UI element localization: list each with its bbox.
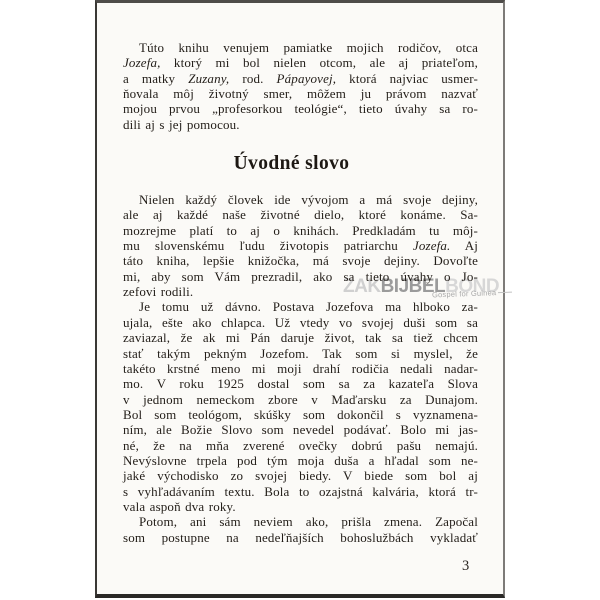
text-line: zaviazal, že ak mi Pán daruje život, tak… — [123, 330, 478, 345]
text-line: ňovala môj životný smer, môžem ju právom… — [123, 86, 478, 101]
text-line: stať takým pekným Jozefom. Tak som si my… — [123, 346, 478, 361]
paragraph: Nielen každý človek ide vývojom a má svo… — [123, 192, 478, 299]
text-line: takéto krstné meno mi moji drahí rodičia… — [123, 361, 478, 376]
text-line: som postupne na nedeľňajších bohoslužbác… — [123, 530, 478, 545]
text-line: né, že na mňa zverené ovečky dobrú pašu … — [123, 438, 478, 453]
body-block: Nielen každý človek ide vývojom a má svo… — [123, 192, 478, 545]
text-line: mo. V roku 1925 dostal som sa za kazateľ… — [123, 376, 478, 391]
text-line: mu slovenskému ľudu životopis patriarchu… — [123, 238, 478, 253]
text-line: zefovi rodili. — [123, 284, 478, 299]
text-line: ujala, ešte ako chlapca. Už vtedy vo svo… — [123, 315, 478, 330]
text-line: Bol som teológom, skúšky som dokončil s … — [123, 407, 478, 422]
text-line: dili aj s jej pomocou. — [123, 117, 478, 132]
page-number: 3 — [462, 558, 469, 575]
paragraph: Túto knihu venujem pamiatke mojich rodič… — [123, 40, 478, 132]
text-line: Jozefa, ktorý mi bol nielen otcom, ale a… — [123, 55, 478, 70]
text-line: Nevýslovne trpela pod tým moja duša a hľ… — [123, 453, 478, 468]
text-line: mojou prvou „profesorkou teológie“, tiet… — [123, 101, 478, 116]
text-line: jaké východisko zo svojej biedy. V biede… — [123, 468, 478, 483]
text-line: a matky Zuzany, rod. Pápayovej, ktorá na… — [123, 71, 478, 86]
text-line: mi, aby som Vám prezradil, ako sa tieto … — [123, 269, 478, 284]
text-line: mozrejme platí to aj o knihách. Predklad… — [123, 223, 478, 238]
text-line: s vyhľadávaním textu. Bola to ozajstná k… — [123, 484, 478, 499]
book-page: ZAKBIJBELBOND Gospel for Guinea Túto kni… — [95, 0, 505, 598]
text-line: Je tomu už dávno. Postava Jozefova ma hl… — [123, 299, 478, 314]
text-line: v jednom nemeckom zbore v Maďarsku za Du… — [123, 392, 478, 407]
text-line: Potom, ani sám neviem ako, prišla zmena.… — [123, 514, 478, 529]
dedication-block: Túto knihu venujem pamiatke mojich rodič… — [123, 40, 478, 132]
text-line: vala aspoň dva roky. — [123, 499, 478, 514]
text-line: Nielen každý človek ide vývojom a má svo… — [123, 192, 478, 207]
text-line: ale aj každé naše životné dielo, ktoré k… — [123, 207, 478, 222]
text-line: táto kniha, lepšie knižočka, má svoje de… — [123, 253, 478, 268]
text-column: Túto knihu venujem pamiatke mojich rodič… — [123, 40, 478, 545]
text-line: Túto knihu venujem pamiatke mojich rodič… — [123, 40, 478, 55]
scanned-book-page: { "page": { "background": "#fbfaf7", "in… — [0, 0, 600, 600]
watermark-ribbon-tail-line — [498, 292, 512, 293]
paragraph: Potom, ani sám neviem ako, prišla zmena.… — [123, 514, 478, 545]
paragraph: Je tomu už dávno. Postava Jozefova ma hl… — [123, 299, 478, 514]
section-heading: Úvodné slovo — [114, 153, 469, 175]
text-line: ním, ale Božie Slovo som nevedel podávať… — [123, 422, 478, 437]
